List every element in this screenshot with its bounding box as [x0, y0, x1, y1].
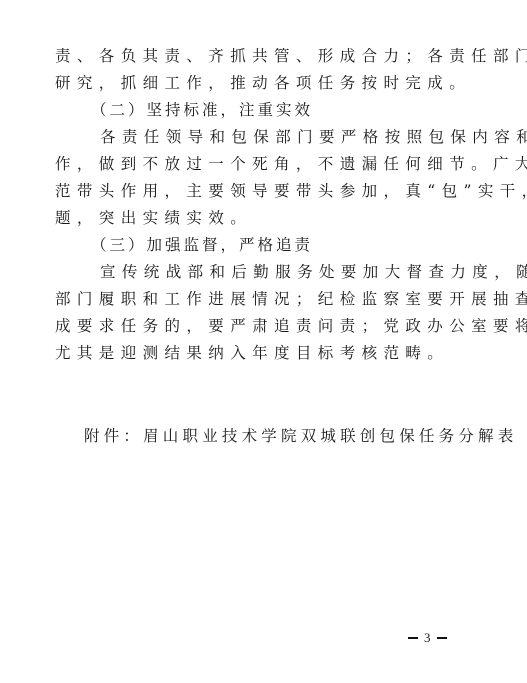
dash-left [408, 637, 418, 639]
paragraph-line: 研究，抓细工作，推动各项任务按时完成。 [55, 70, 465, 97]
paragraph-line: 责、各负其责、齐抓共管、形成合力；各责任部门领导务必亲自 [55, 43, 465, 70]
paragraph-line: 成要求任务的，要严肃追责问责；党政办公室要将包保履职情况 [55, 313, 465, 340]
section-heading-3: （三）加强监督，严格追责 [55, 232, 465, 259]
body-text: 责、各负其责、齐抓共管、形成合力；各责任部门领导务必亲自 研究，抓细工作，推动各… [55, 43, 465, 367]
section-heading-2: （二）坚持标准，注重实效 [55, 97, 465, 124]
paragraph-line: 宣传统战部和后勤服务处要加大督查力度，随时掌握各包保 [55, 259, 465, 286]
paragraph-line: 各责任领导和包保部门要严格按照包保内容和标准开展工 [55, 124, 465, 151]
document-page: 责、各负其责、齐抓共管、形成合力；各责任部门领导务必亲自 研究，抓细工作，推动各… [0, 0, 527, 683]
paragraph-line: 部门履职和工作进展情况；纪检监察室要开展抽查检查，对未完 [55, 286, 465, 313]
paragraph-line: 范带头作用，主要领导要带头参加，真“包”实干，切实解决问 [55, 178, 465, 205]
paragraph-line: 作，做到不放过一个死角，不遗漏任何细节。广大教师要起好模 [55, 151, 465, 178]
paragraph-line: 尤其是迎测结果纳入年度目标考核范畴。 [55, 340, 465, 367]
attachment-note: 附件：眉山职业技术学院双城联创包保任务分解表 [84, 423, 517, 450]
paragraph-line: 题，突出实绩实效。 [55, 205, 465, 232]
page-number-value: 3 [424, 630, 431, 646]
page-number: 3 [408, 630, 447, 646]
dash-right [437, 637, 447, 639]
